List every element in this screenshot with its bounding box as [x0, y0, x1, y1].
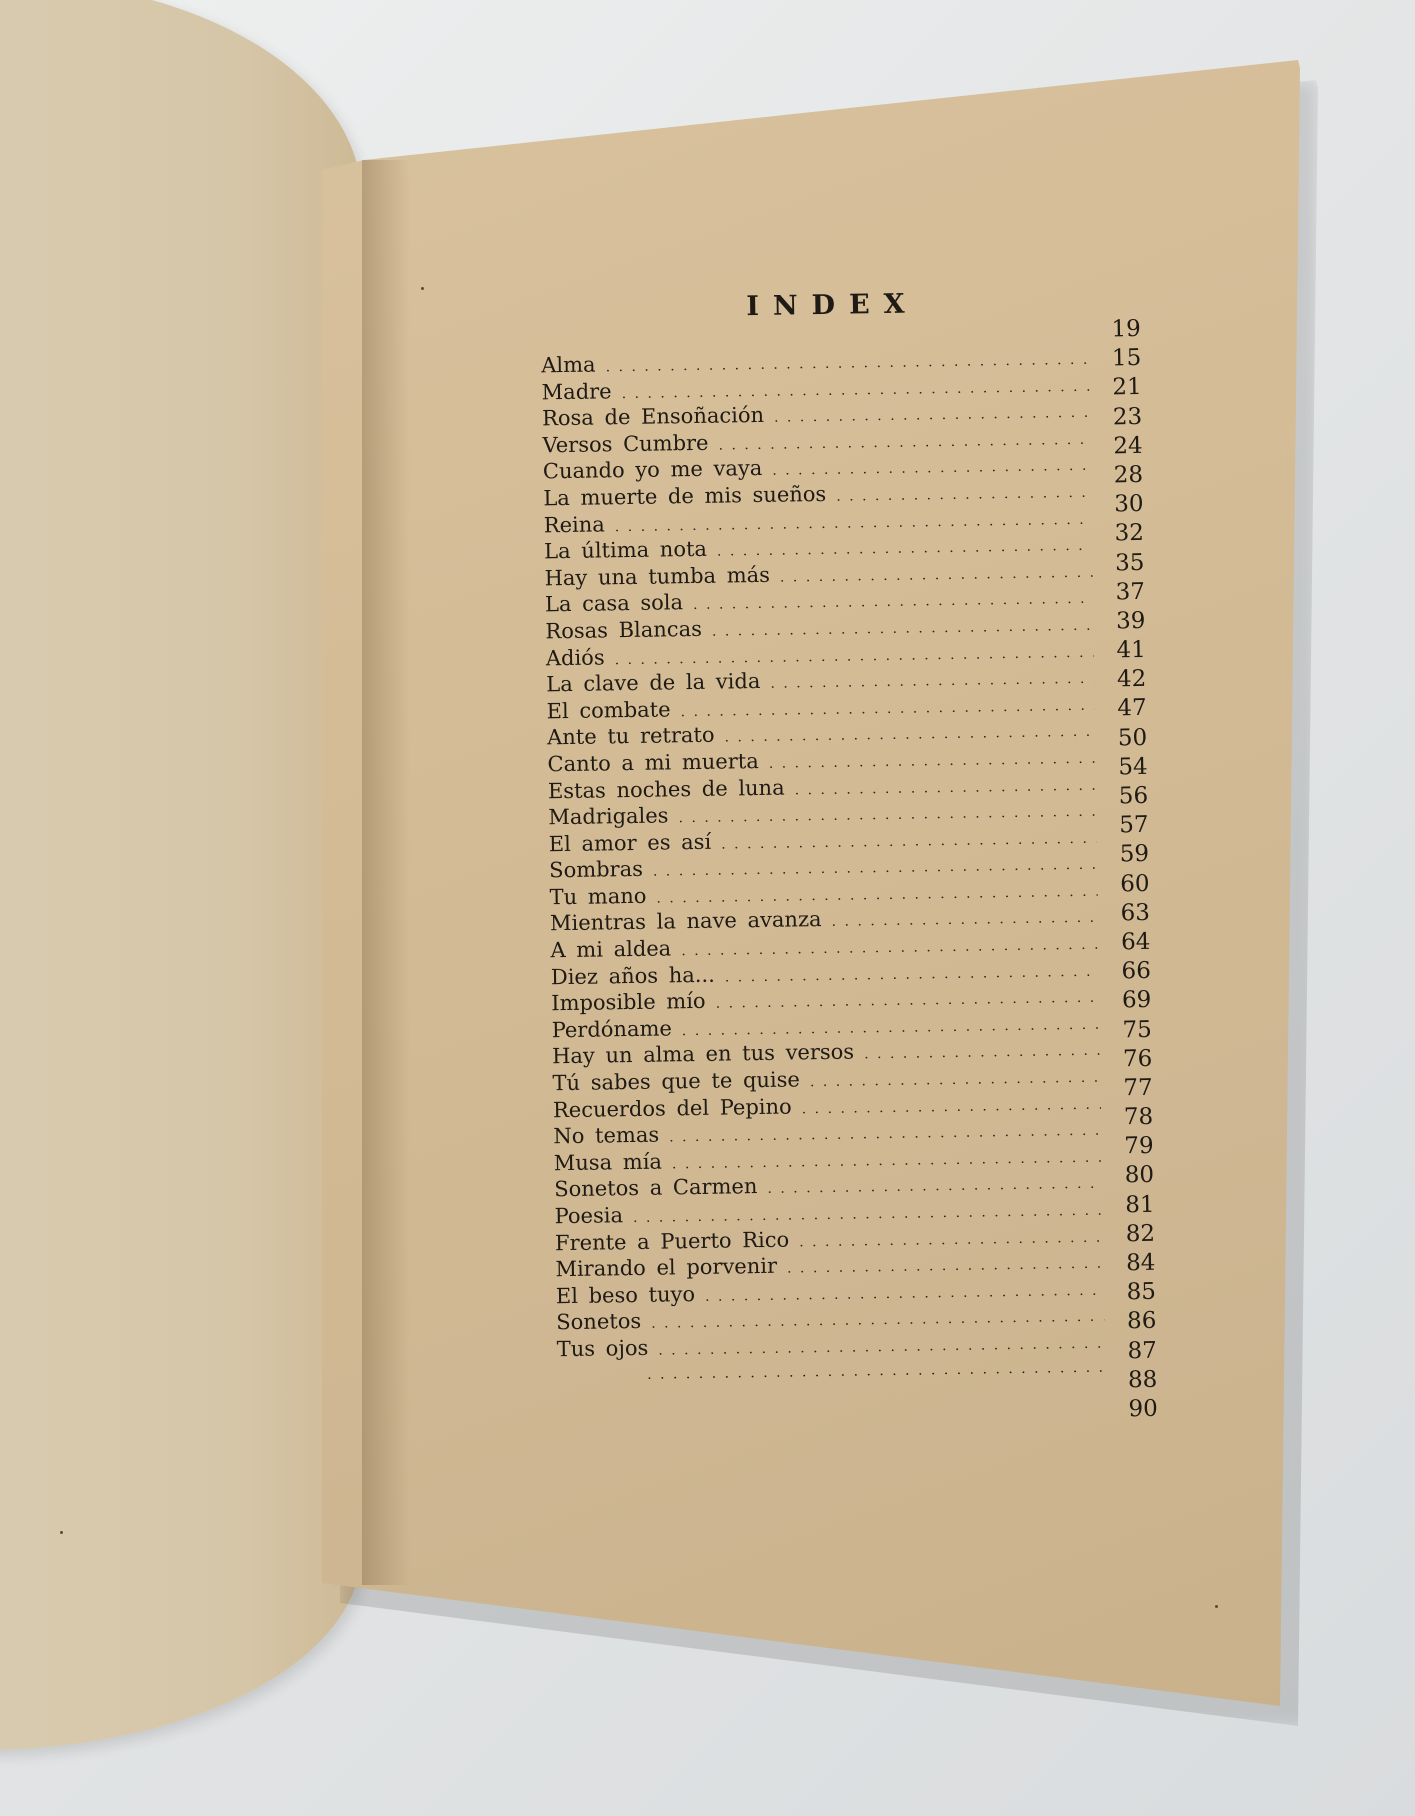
page-number: 78 [1103, 1103, 1153, 1133]
page-number: 79 [1103, 1132, 1153, 1162]
entry-title: Estas noches de luna [548, 774, 795, 804]
entry-title: Tus ojos [557, 1335, 659, 1363]
entry-title: Musa mía [554, 1148, 673, 1176]
page-number: 39 [1095, 607, 1145, 637]
page-number: 66 [1101, 957, 1151, 987]
entry-title: Recuerdos del Pepino [553, 1093, 802, 1123]
page-number: 54 [1097, 753, 1147, 783]
entry-title: La casa sola [545, 589, 693, 618]
page-number: 84 [1105, 1249, 1155, 1279]
entry-title: Tu mano [549, 882, 656, 910]
page-number: 24 [1092, 432, 1142, 462]
paper-speck [60, 1531, 63, 1534]
entry-title: Versos Cumbre [542, 429, 718, 458]
page-number: 35 [1094, 548, 1144, 578]
entry-title: Frente a Puerto Rico [555, 1226, 800, 1256]
page-number: 82 [1105, 1220, 1155, 1250]
paper-speck [421, 287, 424, 290]
page-number: 85 [1106, 1278, 1156, 1308]
entry-title: La última nota [544, 536, 717, 565]
page-number: 57 [1098, 811, 1148, 841]
entry-title: La clave de la vida [546, 668, 770, 698]
entry-title: El combate [546, 696, 680, 725]
entry-title: Imposible mío [551, 988, 716, 1017]
page-number: 69 [1101, 986, 1151, 1016]
page-number: 63 [1100, 899, 1150, 929]
entry-title: La muerte de mis sueños [543, 481, 836, 512]
entry-title: Canto a mi muerta [547, 748, 769, 778]
entry-title: Diez años ha... [551, 961, 725, 990]
page-number: 60 [1099, 869, 1149, 899]
entry-title: No temas [553, 1122, 669, 1150]
entry-title: Hay una tumba más [544, 561, 780, 591]
entry-title: Madre [541, 378, 621, 406]
entry-title: Perdóname [552, 1015, 683, 1044]
paper-speck [1215, 1605, 1218, 1608]
page-number: 75 [1102, 1015, 1152, 1045]
page-number: 15 [1091, 344, 1141, 374]
entry-title: Mirando el porvenir [555, 1253, 787, 1283]
entry-title: Reina [544, 511, 615, 539]
page-number: 21 [1091, 373, 1141, 403]
entry-title: Mientras la nave avanza [550, 906, 832, 937]
entry-title: El beso tuyo [556, 1281, 706, 1310]
page-number: 47 [1097, 694, 1147, 724]
page-number: 28 [1093, 461, 1143, 491]
entry-title: Hay un alma en tus versos [552, 1039, 864, 1070]
page-number: 32 [1094, 519, 1144, 549]
page-title: INDEX [746, 288, 919, 322]
page-number: 87 [1107, 1336, 1157, 1366]
page-number: 76 [1102, 1045, 1152, 1075]
entry-title: Cuando yo me vaya [543, 455, 773, 485]
entry-list: Alma Madre Rosa de Ensoñación Versos Cum… [541, 344, 1105, 1390]
page-number: 90 [1108, 1395, 1158, 1425]
page-number: 59 [1099, 840, 1149, 870]
entry-title: Poesia [554, 1202, 633, 1230]
entry-title: Madrigales [548, 802, 679, 831]
dot-leader [836, 480, 1091, 511]
entry-title: Tú sabes que te quise [552, 1066, 810, 1097]
page-number: 56 [1098, 782, 1148, 812]
page-number: 80 [1104, 1161, 1154, 1191]
page-number: 64 [1100, 928, 1150, 958]
entry-title: Sonetos [556, 1308, 651, 1336]
page-number: 88 [1107, 1366, 1157, 1396]
page-number: 81 [1104, 1190, 1154, 1220]
page-number: 41 [1096, 636, 1146, 666]
entry-title: A mi aldea [550, 935, 681, 964]
entry-title: El amor es así [549, 828, 722, 857]
page-number: 50 [1097, 724, 1147, 754]
entry-title: Rosa de Ensoñación [542, 402, 774, 432]
page-number: 42 [1096, 665, 1146, 695]
page-number: 19 [1091, 315, 1141, 345]
entry-title: Sombras [549, 856, 653, 884]
left-page [0, 0, 362, 1750]
entry-title: Ante tu retrato [547, 722, 725, 751]
page-number: 86 [1106, 1307, 1156, 1337]
dot-leader [831, 905, 1098, 936]
entry-title: Rosas Blancas [545, 616, 712, 645]
entry-title: Alma [541, 351, 606, 379]
page-number: 23 [1092, 402, 1142, 432]
spine-gutter [362, 160, 410, 1585]
page-number: 77 [1102, 1074, 1152, 1104]
dot-leader [864, 1038, 1100, 1068]
page-number: 30 [1093, 490, 1143, 520]
page-number: 37 [1095, 578, 1145, 608]
entry-title: Sonetos a Carmen [554, 1173, 768, 1203]
entry-title: Adiós [546, 644, 615, 672]
